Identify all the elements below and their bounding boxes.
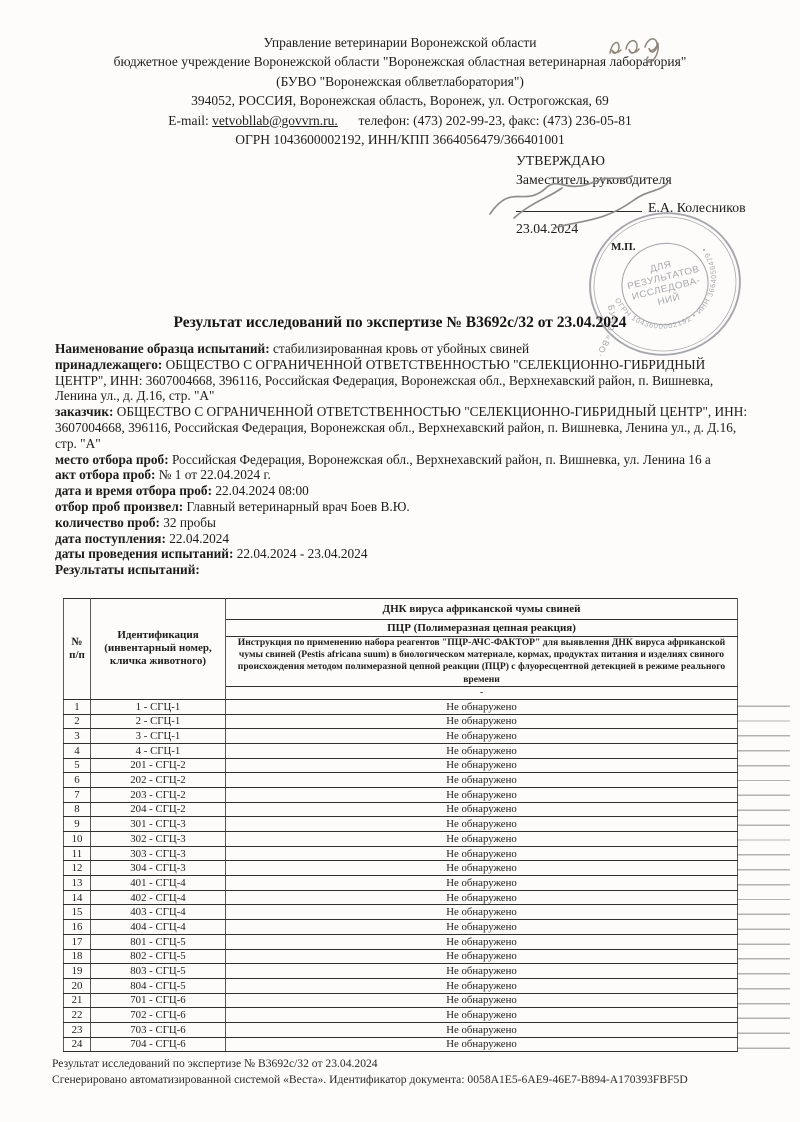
org-contacts-line: E-mail: vetvobllab@govvrn.ru. телефон: (… [0, 111, 800, 130]
email-value: vetvobllab@govvrn.ru. [212, 113, 338, 128]
header-num: № п/п [64, 599, 91, 700]
field-value: 22.04.2024 [169, 531, 229, 546]
field-row: Результаты испытаний: [55, 562, 749, 578]
document-footer: Результат исследований по экспертизе № В… [52, 1056, 752, 1088]
results-table: № п/п Идентификация (инвентарный номер, … [63, 598, 738, 1052]
result-row: 23703 - СГЦ-6Не обнаружено [64, 1022, 738, 1037]
cell-id: 703 - СГЦ-6 [91, 1022, 226, 1037]
cell-id: 1 - СГЦ-1 [91, 699, 226, 714]
cell-id: 803 - СГЦ-5 [91, 964, 226, 979]
result-row: 22702 - СГЦ-6Не обнаружено [64, 1008, 738, 1023]
org-shortname-line: (БУВО "Воронежская облветлаборатория") [0, 72, 800, 91]
cell-num: 10 [64, 832, 91, 847]
field-value: ОБЩЕСТВО С ОГРАНИЧЕННОЙ ОТВЕТСТВЕННОСТЬЮ… [55, 404, 747, 451]
cell-num: 16 [64, 920, 91, 935]
cell-num: 13 [64, 876, 91, 891]
cell-id: 301 - СГЦ-3 [91, 817, 226, 832]
cell-id: 201 - СГЦ-2 [91, 758, 226, 773]
cell-id: 204 - СГЦ-2 [91, 802, 226, 817]
cell-num: 14 [64, 890, 91, 905]
cell-num: 3 [64, 729, 91, 744]
result-row: 8204 - СГЦ-2Не обнаружено [64, 802, 738, 817]
field-value: № 1 от 22.04.2024 г. [159, 467, 271, 482]
cell-num: 2 [64, 714, 91, 729]
cell-id: 702 - СГЦ-6 [91, 1008, 226, 1023]
cell-num: 5 [64, 758, 91, 773]
cell-result: Не обнаружено [226, 699, 738, 714]
field-value: стабилизированная кровь от убойных свине… [273, 341, 529, 356]
org-fullname-line: бюджетное учреждение Воронежской области… [0, 52, 800, 71]
results-tbody: 11 - СГЦ-1Не обнаружено22 - СГЦ-1Не обна… [64, 699, 738, 1052]
cell-result: Не обнаружено [226, 802, 738, 817]
cell-num: 22 [64, 1008, 91, 1023]
header-method: ПЦР (Полимеразная цепная реакция) [226, 620, 738, 637]
cell-result: Не обнаружено [226, 920, 738, 935]
result-row: 11 - СГЦ-1Не обнаружено [64, 699, 738, 714]
cell-id: 402 - СГЦ-4 [91, 890, 226, 905]
cell-num: 9 [64, 817, 91, 832]
result-row: 17801 - СГЦ-5Не обнаружено [64, 934, 738, 949]
cell-id: 302 - СГЦ-3 [91, 832, 226, 847]
cell-result: Не обнаружено [226, 890, 738, 905]
cell-result: Не обнаружено [226, 978, 738, 993]
result-row: 5201 - СГЦ-2Не обнаружено [64, 758, 738, 773]
field-label: дата поступления: [55, 531, 166, 546]
result-row: 24704 - СГЦ-6Не обнаружено [64, 1037, 738, 1052]
org-address-line: 394052, РОССИЯ, Воронежская область, Вор… [0, 91, 800, 110]
stamp-place-label: М.П. [611, 241, 635, 253]
cell-id: 701 - СГЦ-6 [91, 993, 226, 1008]
cell-id: 303 - СГЦ-3 [91, 846, 226, 861]
footer-expertise-line: Результат исследований по экспертизе № В… [52, 1056, 752, 1072]
result-row: 11303 - СГЦ-3Не обнаружено [64, 846, 738, 861]
cell-num: 18 [64, 949, 91, 964]
cell-result: Не обнаружено [226, 861, 738, 876]
cell-id: 704 - СГЦ-6 [91, 1037, 226, 1052]
cell-result: Не обнаружено [226, 964, 738, 979]
cell-num: 23 [64, 1022, 91, 1037]
result-row: 9301 - СГЦ-3Не обнаружено [64, 817, 738, 832]
field-label: заказчик: [55, 404, 113, 419]
cell-id: 4 - СГЦ-1 [91, 743, 226, 758]
field-row: Наименование образца испытаний: стабилиз… [55, 341, 749, 357]
cell-result: Не обнаружено [226, 714, 738, 729]
result-row: 21701 - СГЦ-6Не обнаружено [64, 993, 738, 1008]
cell-result: Не обнаружено [226, 934, 738, 949]
result-row: 7203 - СГЦ-2Не обнаружено [64, 787, 738, 802]
field-value: 22.04.2024 - 23.04.2024 [237, 546, 368, 561]
field-row: принадлежащего: ОБЩЕСТВО С ОГРАНИЧЕННОЙ … [55, 357, 749, 404]
cell-num: 7 [64, 787, 91, 802]
org-header: Управление ветеринарии Воронежской облас… [0, 33, 800, 149]
field-label: акт отбора проб: [55, 467, 155, 482]
document-page: Управление ветеринарии Воронежской облас… [0, 0, 800, 1122]
cell-id: 2 - СГЦ-1 [91, 714, 226, 729]
cell-id: 202 - СГЦ-2 [91, 773, 226, 788]
approver-position: Заместитель руководителя [516, 170, 746, 189]
field-row: дата поступления: 22.04.2024 [55, 531, 749, 547]
cell-result: Не обнаружено [226, 1008, 738, 1023]
cell-result: Не обнаружено [226, 729, 738, 744]
result-row: 20804 - СГЦ-5Не обнаружено [64, 978, 738, 993]
field-label: принадлежащего: [55, 357, 162, 372]
cell-id: 401 - СГЦ-4 [91, 876, 226, 891]
cell-result: Не обнаружено [226, 846, 738, 861]
field-label: отбор проб произвел: [55, 499, 183, 514]
result-row: 10302 - СГЦ-3Не обнаружено [64, 832, 738, 847]
approve-word: УТВЕРЖДАЮ [516, 151, 746, 170]
field-label: Результаты испытаний: [55, 562, 200, 577]
field-label: дата и время отбора проб: [55, 483, 212, 498]
header-instruction: Инструкция по применению набора реагенто… [226, 637, 738, 687]
cell-num: 11 [64, 846, 91, 861]
field-row: даты проведения испытаний: 22.04.2024 - … [55, 546, 749, 562]
cell-num: 24 [64, 1037, 91, 1052]
cell-num: 20 [64, 978, 91, 993]
cell-result: Не обнаружено [226, 817, 738, 832]
phone-fax: телефон: (473) 202-99-23, факс: (473) 23… [359, 113, 632, 128]
field-label: даты проведения испытаний: [55, 546, 233, 561]
footer-generated-line: Сгенерировано автоматизированной системо… [52, 1072, 752, 1088]
email-label: E-mail: [168, 113, 209, 128]
cell-result: Не обнаружено [226, 905, 738, 920]
scan-artifact-dashes [737, 692, 790, 1049]
result-row: 15403 - СГЦ-4Не обнаружено [64, 905, 738, 920]
result-row: 22 - СГЦ-1Не обнаружено [64, 714, 738, 729]
cell-num: 8 [64, 802, 91, 817]
field-label: место отбора проб: [55, 452, 169, 467]
results-table-header: № п/п Идентификация (инвентарный номер, … [64, 599, 738, 700]
fields: Наименование образца испытаний: стабилиз… [55, 341, 749, 578]
result-row: 14402 - СГЦ-4Не обнаружено [64, 890, 738, 905]
field-row: количество проб: 32 пробы [55, 515, 749, 531]
field-value: Российская Федерация, Воронежская обл., … [172, 452, 711, 467]
cell-id: 801 - СГЦ-5 [91, 934, 226, 949]
cell-result: Не обнаружено [226, 773, 738, 788]
org-name-line: Управление ветеринарии Воронежской облас… [0, 33, 800, 52]
cell-result: Не обнаружено [226, 949, 738, 964]
cell-result: Не обнаружено [226, 993, 738, 1008]
cell-num: 21 [64, 993, 91, 1008]
cell-result: Не обнаружено [226, 787, 738, 802]
field-row: отбор проб произвел: Главный ветеринарны… [55, 499, 749, 515]
cell-result: Не обнаружено [226, 832, 738, 847]
result-row: 12304 - СГЦ-3Не обнаружено [64, 861, 738, 876]
cell-result: Не обнаружено [226, 1037, 738, 1052]
org-ogrn-line: ОГРН 1043600002192, ИНН/КПП 3664056479/3… [0, 130, 800, 149]
cell-num: 19 [64, 964, 91, 979]
cell-result: Не обнаружено [226, 876, 738, 891]
cell-result: Не обнаружено [226, 758, 738, 773]
result-row: 19803 - СГЦ-5Не обнаружено [64, 964, 738, 979]
field-value: 22.04.2024 08:00 [215, 483, 308, 498]
cell-id: 802 - СГЦ-5 [91, 949, 226, 964]
result-row: 16404 - СГЦ-4Не обнаружено [64, 920, 738, 935]
cell-id: 804 - СГЦ-5 [91, 978, 226, 993]
cell-num: 1 [64, 699, 91, 714]
result-row: 6202 - СГЦ-2Не обнаружено [64, 773, 738, 788]
cell-num: 6 [64, 773, 91, 788]
field-row: акт отбора проб: № 1 от 22.04.2024 г. [55, 467, 749, 483]
field-value: 32 пробы [163, 515, 216, 530]
header-analyte: ДНК вируса африканской чумы свиней [226, 599, 738, 620]
field-value: Главный ветеринарный врач Боев В.Ю. [187, 499, 410, 514]
signature-line [516, 198, 642, 212]
field-label: количество проб: [55, 515, 160, 530]
field-row: дата и время отбора проб: 22.04.2024 08:… [55, 483, 749, 499]
document-title: Результат исследований по экспертизе № В… [0, 314, 800, 332]
header-identification: Идентификация (инвентарный номер, кличка… [91, 599, 226, 700]
result-row: 44 - СГЦ-1Не обнаружено [64, 743, 738, 758]
cell-id: 404 - СГЦ-4 [91, 920, 226, 935]
cell-num: 15 [64, 905, 91, 920]
field-row: заказчик: ОБЩЕСТВО С ОГРАНИЧЕННОЙ ОТВЕТС… [55, 404, 749, 451]
cell-result: Не обнаружено [226, 1022, 738, 1037]
cell-num: 4 [64, 743, 91, 758]
result-row: 13401 - СГЦ-4Не обнаружено [64, 876, 738, 891]
handwritten-note [602, 26, 680, 64]
cell-num: 17 [64, 934, 91, 949]
cell-id: 403 - СГЦ-4 [91, 905, 226, 920]
cell-result: Не обнаружено [226, 743, 738, 758]
cell-id: 203 - СГЦ-2 [91, 787, 226, 802]
cell-id: 3 - СГЦ-1 [91, 729, 226, 744]
result-row: 18802 - СГЦ-5Не обнаружено [64, 949, 738, 964]
cell-num: 12 [64, 861, 91, 876]
header-dash: - [226, 686, 738, 699]
field-row: место отбора проб: Российская Федерация,… [55, 452, 749, 468]
result-row: 33 - СГЦ-1Не обнаружено [64, 729, 738, 744]
field-label: Наименование образца испытаний: [55, 341, 270, 356]
cell-id: 304 - СГЦ-3 [91, 861, 226, 876]
